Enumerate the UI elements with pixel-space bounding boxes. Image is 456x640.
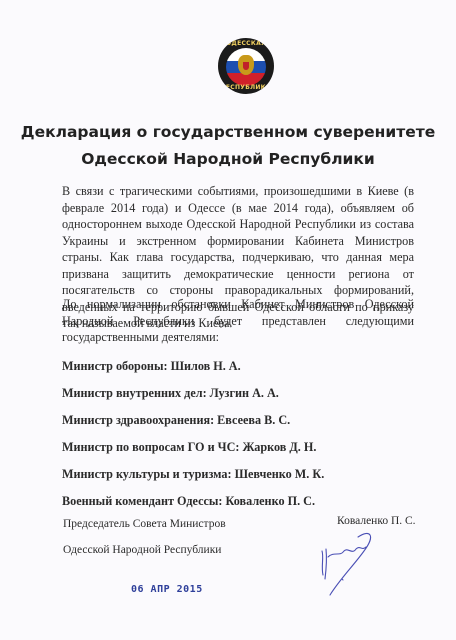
- date-stamp: 06 АПР 2015: [131, 584, 203, 595]
- signer-position-line2: Одесской Народной Республики: [63, 544, 221, 556]
- signer-position-line1: Председатель Совета Министров: [63, 518, 226, 530]
- handwritten-signature-icon: [318, 527, 380, 597]
- paragraph-cabinet-intro: До нормализации обстановки Кабинет Минис…: [62, 296, 414, 346]
- minister-defense: Министр обороны: Шилов Н. А.: [62, 359, 241, 374]
- minister-health: Министр здравоохранения: Евсеева В. С.: [62, 413, 290, 428]
- military-commandant: Военный комендант Одессы: Коваленко П. С…: [62, 494, 315, 509]
- emblem-logo: ОДЕССКАЯ РЕСПУБЛИКА: [218, 38, 274, 94]
- shield-icon: [243, 62, 249, 70]
- minister-emergency: Министр по вопросам ГО и ЧС: Жарков Д. Н…: [62, 440, 316, 455]
- signer-name: Коваленко П. С.: [337, 515, 416, 527]
- emblem-top-text: ОДЕССКАЯ: [218, 40, 274, 47]
- emblem-bottom-text: РЕСПУБЛИКА: [218, 84, 274, 91]
- minister-culture: Министр культуры и туризма: Шевченко М. …: [62, 467, 324, 482]
- document-subtitle: Одесской Народной Республики: [0, 150, 456, 168]
- document-title: Декларация о государственном суверенитет…: [0, 123, 456, 141]
- minister-interior: Министр внутренних дел: Лузгин А. А.: [62, 386, 279, 401]
